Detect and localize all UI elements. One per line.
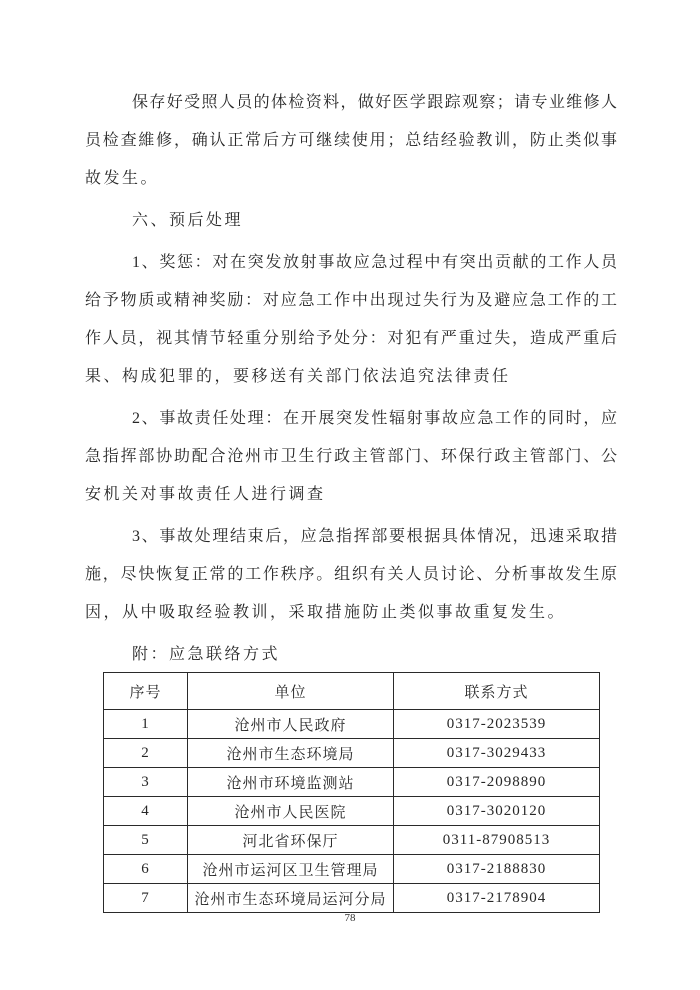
cell-contact: 0317-2098890 [394,768,600,797]
cell-index: 2 [104,739,188,768]
cell-index: 5 [104,826,188,855]
table-row: 1沧州市人民政府0317-2023539 [104,710,600,739]
table-row: 6沧州市运河区卫生管理局0317-2188830 [104,855,600,884]
text-line: 1、奖惩：对在突发放射事故应急过程中有突出贡献的工作人员 [85,244,618,282]
cell-unit: 沧州市运河区卫生管理局 [188,855,394,884]
table-body: 1沧州市人民政府0317-20235392沧州市生态环境局0317-302943… [104,710,600,913]
text-line: 六、预后处理 [85,202,618,240]
page-number: 78 [0,912,700,924]
paragraph: 2、事故责任处理：在开展突发性辐射事故应急工作的同时，应急指挥部协助配合沧州市卫… [85,400,618,514]
column-header-contact: 联系方式 [394,673,600,710]
cell-unit: 沧州市人民政府 [188,710,394,739]
cell-unit: 沧州市生态环境局运河分局 [188,884,394,913]
table-row: 2沧州市生态环境局0317-3029433 [104,739,600,768]
cell-index: 4 [104,797,188,826]
text-line: 安机关对事故责任人进行调查 [85,476,618,514]
text-line: 给予物质或精神奖励：对应急工作中出现过失行为及避应急工作的工 [85,282,618,320]
cell-index: 7 [104,884,188,913]
cell-contact: 0317-2188830 [394,855,600,884]
table-row: 5河北省环保厅0311-87908513 [104,826,600,855]
table-row: 4沧州市人民医院0317-3020120 [104,797,600,826]
text-line: 故发生。 [85,160,618,198]
cell-unit: 沧州市环境监测站 [188,768,394,797]
cell-unit: 沧州市人民医院 [188,797,394,826]
document-body: 保存好受照人员的体检资料，做好医学跟踪观察；请专业维修人员检查維修，确认正常后方… [85,84,618,674]
table-header-row: 序号 单位 联系方式 [104,673,600,710]
text-line: 员检查維修，确认正常后方可继续使用；总结经验教训，防止类似事 [85,122,618,160]
cell-contact: 0317-3029433 [394,739,600,768]
text-line: 保存好受照人员的体检资料，做好医学跟踪观察；请专业维修人 [85,84,618,122]
cell-index: 3 [104,768,188,797]
text-line: 作人员，视其情节轻重分别给予处分：对犯有严重过失，造成严重后 [85,320,618,358]
column-header-unit: 单位 [188,673,394,710]
emergency-contact-table: 序号 单位 联系方式 1沧州市人民政府0317-20235392沧州市生态环境局… [103,672,600,913]
text-line: 因，从中吸取经验教训，采取措施防止类似事故重复发生。 [85,594,618,632]
paragraph: 保存好受照人员的体检资料，做好医学跟踪观察；请专业维修人员检查維修，确认正常后方… [85,84,618,198]
cell-index: 6 [104,855,188,884]
cell-contact: 0311-87908513 [394,826,600,855]
cell-contact: 0317-2178904 [394,884,600,913]
cell-index: 1 [104,710,188,739]
text-line: 施，尽快恢复正常的工作秩序。组织有关人员讨论、分析事故发生原 [85,556,618,594]
document-page: 保存好受照人员的体检资料，做好医学跟踪观察；请专业维修人员检查維修，确认正常后方… [0,0,700,990]
paragraph: 附：应急联络方式 [85,636,618,674]
text-line: 急指挥部协助配合沧州市卫生行政主管部门、环保行政主管部门、公 [85,438,618,476]
cell-contact: 0317-2023539 [394,710,600,739]
table-row: 3沧州市环境监测站0317-2098890 [104,768,600,797]
text-line: 3、事故处理结束后，应急指挥部要根据具体情况，迅速采取措 [85,518,618,556]
paragraph: 1、奖惩：对在突发放射事故应急过程中有突出贡献的工作人员给予物质或精神奖励：对应… [85,244,618,396]
text-line: 附：应急联络方式 [85,636,618,674]
paragraph: 六、预后处理 [85,202,618,240]
cell-contact: 0317-3020120 [394,797,600,826]
text-line: 果、构成犯罪的，要移送有关部门依法追究法律责任 [85,358,618,396]
table-row: 7沧州市生态环境局运河分局0317-2178904 [104,884,600,913]
cell-unit: 沧州市生态环境局 [188,739,394,768]
cell-unit: 河北省环保厅 [188,826,394,855]
text-line: 2、事故责任处理：在开展突发性辐射事故应急工作的同时，应 [85,400,618,438]
paragraph: 3、事故处理结束后，应急指挥部要根据具体情况，迅速采取措施，尽快恢复正常的工作秩… [85,518,618,632]
column-header-index: 序号 [104,673,188,710]
